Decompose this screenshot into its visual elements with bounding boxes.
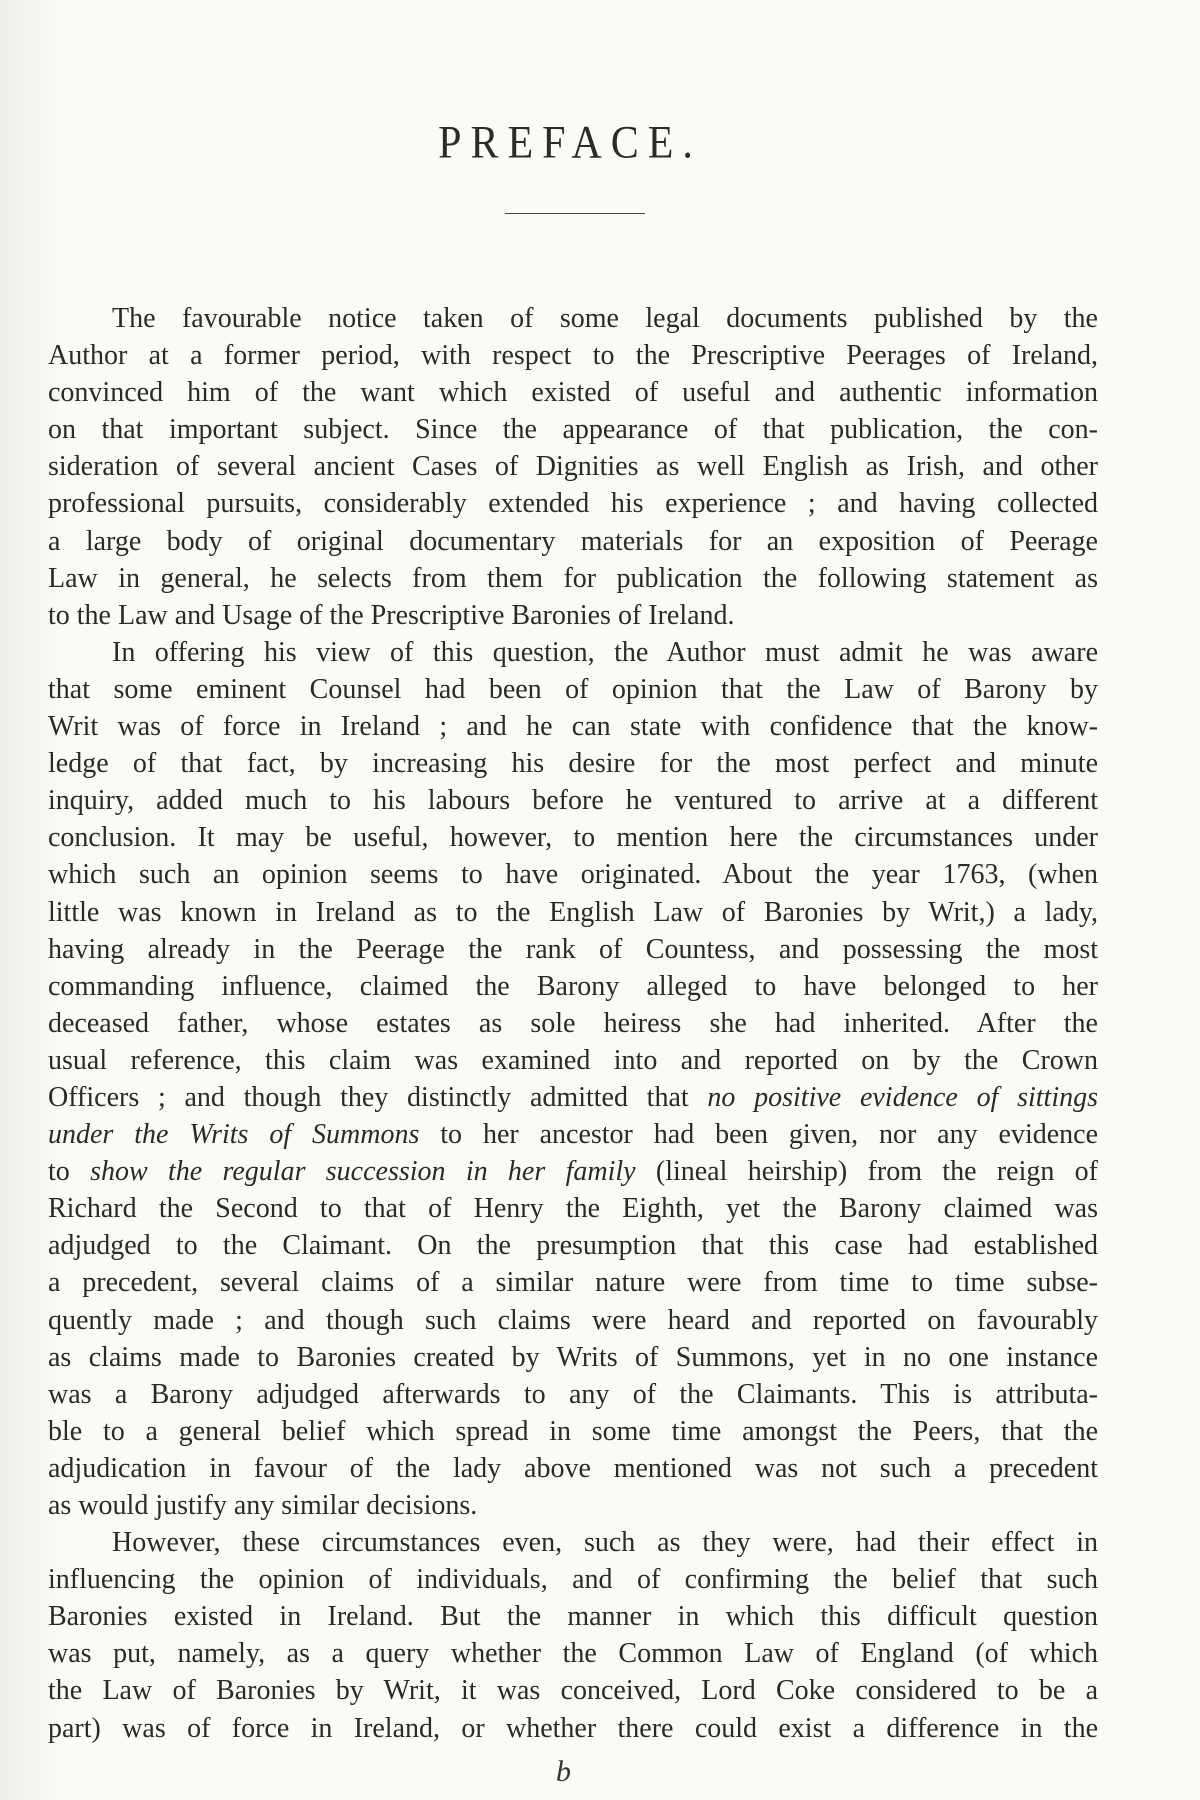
text-line: Law in general, he selects from them for… [48,560,1098,597]
italic-phrase: under the Writs of Summons [48,1119,419,1150]
text-segment: to [48,1156,90,1187]
text-line: usual reference, this claim was examined… [48,1042,1098,1079]
text-line: adjudged to the Claimant. On the presump… [48,1227,1098,1264]
text-line: a precedent, several claims of a similar… [48,1264,1098,1301]
text-line: conclusion. It may be useful, however, t… [48,819,1098,856]
page-title: PREFACE. [0,116,1140,170]
text-line-with-italic: to show the regular succession in her fa… [48,1153,1098,1190]
text-line: However, these circumstances even, such … [48,1524,1098,1561]
text-line: inquiry, added much to his labours befor… [48,782,1098,819]
paragraph-3: However, these circumstances even, such … [48,1524,1098,1747]
text-segment: (lineal heirship) from the reign of [636,1156,1098,1187]
text-line: the Law of Baronies by Writ, it was conc… [48,1672,1098,1709]
text-line-with-italic: Officers ; and though they distinctly ad… [48,1079,1098,1116]
text-line: ble to a general belief which spread in … [48,1413,1098,1450]
text-line: to the Law and Usage of the Prescriptive… [48,597,1098,634]
title-divider [505,213,645,214]
text-segment: to her ancestor had been given, nor any … [419,1119,1098,1150]
text-line-with-italic: under the Writs of Summons to her ancest… [48,1116,1098,1153]
text-line: Writ was of force in Ireland ; and he ca… [48,708,1098,745]
text-line: that some eminent Counsel had been of op… [48,671,1098,708]
text-line: having already in the Peerage the rank o… [48,931,1098,968]
text-line: little was known in Ireland as to the En… [48,894,1098,931]
text-line: was put, namely, as a query whether the … [48,1635,1098,1672]
italic-phrase: no positive evidence of sittings [707,1082,1098,1113]
text-line: as would justify any similar decisions. [48,1487,1098,1524]
text-line: Author at a former period, with respect … [48,337,1098,374]
text-line: as claims made to Baronies created by Wr… [48,1339,1098,1376]
paragraph-2: In offering his view of this question, t… [48,634,1098,1524]
text-line: Baronies existed in Ireland. But the man… [48,1598,1098,1635]
text-line: sideration of several ancient Cases of D… [48,448,1098,485]
text-line: professional pursuits, considerably exte… [48,485,1098,522]
signature-mark: b [556,1755,571,1789]
text-line: commanding influence, claimed the Barony… [48,968,1098,1005]
text-line: quently made ; and though such claims we… [48,1302,1098,1339]
text-line: adjudication in favour of the lady above… [48,1450,1098,1487]
italic-phrase: show the regular succession in her famil… [90,1156,635,1187]
text-line: Richard the Second to that of Henry the … [48,1190,1098,1227]
text-line: was a Barony adjudged afterwards to any … [48,1376,1098,1413]
text-line: In offering his view of this question, t… [48,634,1098,671]
paragraph-1: The favourable notice taken of some lega… [48,300,1098,634]
text-line: ledge of that fact, by increasing his de… [48,745,1098,782]
text-segment: Officers ; and though they distinctly ad… [48,1082,707,1113]
text-line: deceased father, whose estates as sole h… [48,1005,1098,1042]
preface-body: The favourable notice taken of some lega… [48,300,1098,1747]
text-line: influencing the opinion of individuals, … [48,1561,1098,1598]
text-line: on that important subject. Since the app… [48,411,1098,448]
text-line: The favourable notice taken of some lega… [48,300,1098,337]
text-line: a large body of original documentary mat… [48,523,1098,560]
text-line: part) was of force in Ireland, or whethe… [48,1710,1098,1747]
text-line: which such an opinion seems to have orig… [48,856,1098,893]
text-line: convinced him of the want which existed … [48,374,1098,411]
